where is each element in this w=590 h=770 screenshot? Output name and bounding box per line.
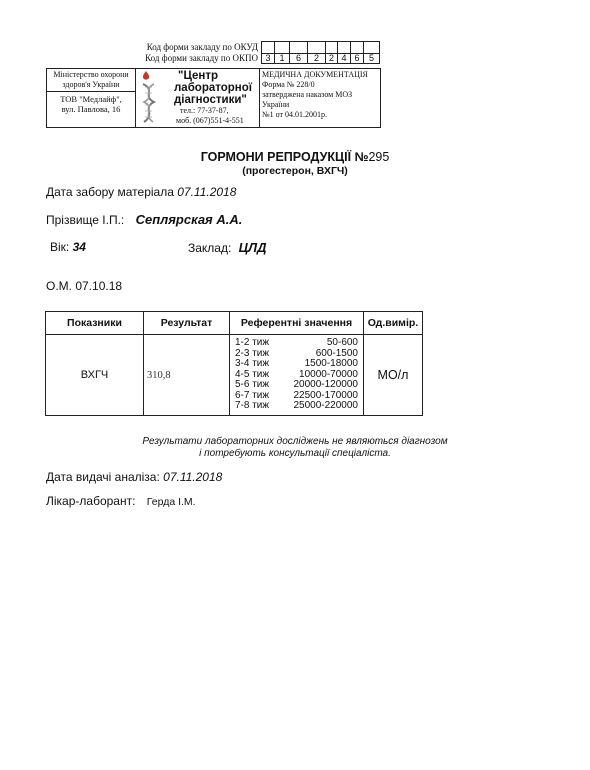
age-label: Вік: [50,240,69,254]
okpo-cell: 4 [338,53,351,64]
age-value: 34 [73,240,86,254]
reference-period: 7-8 тиж [235,401,269,412]
okud-cell [351,42,364,53]
doc-country: України [262,100,378,110]
company-name: ТОВ "Медлайф", [47,94,135,104]
doc-form: Форма № 228/0 [262,80,378,90]
table-header-row: Показники Результат Референтні значення … [46,312,423,335]
document-header: Міністерство охорони здоров'я України ТО… [46,68,381,128]
lmp-field: О.М. 07.10.18 [46,279,122,293]
ministry-name: Міністерство охорони здоров'я України [47,69,135,92]
lab-cell: "Центр лабораторної діагностики" тел.: 7… [136,69,260,127]
dna-logo-icon [138,70,160,126]
col-indicator: Показники [46,312,144,335]
indicator-cell: ВХГЧ [46,335,144,416]
doc-order: №1 от 04.01.2001р. [262,110,378,120]
doc-type: МЕДИЧНА ДОКУМЕНТАЦІЯ [262,70,378,80]
title-text: ГОРМОНИ РЕПРОДУКЦІЇ № [201,150,369,164]
lab-name-line: діагностики" [174,94,252,106]
okpo-cell: 6 [290,53,308,64]
lab-mobile: моб. (067)551-4-551 [176,116,244,126]
lab-contacts: тел.: 77-37-87, моб. (067)551-4-551 [176,106,244,126]
code-grid: 3 1 6 2 2 4 6 5 [261,41,380,64]
okpo-cell: 6 [351,53,364,64]
lab-name-line: "Центр [174,70,252,82]
okud-cell [308,42,326,53]
col-result: Результат [144,312,230,335]
reference-list: 1-2 тиж50-6002-3 тиж600-15003-4 тиж1500-… [231,336,362,414]
doctor-field: Лікар-лаборант: Герда І.М. [46,494,196,508]
table-row: ВХГЧ 310,8 1-2 тиж50-6002-3 тиж600-15003… [46,335,423,416]
patient-name-value: Сеплярская А.А. [136,212,243,227]
facility-value: ЦЛД [239,240,267,255]
okpo-cell: 3 [262,53,275,64]
facility-label: Заклад: [188,241,231,255]
issue-date-field: Дата видачі аналіза: 07.11.2018 [46,470,222,484]
results-table: Показники Результат Референтні значення … [45,311,423,416]
result-cell: 310,8 [144,335,230,416]
unit-cell: МО/л [364,335,423,416]
okpo-cell: 1 [275,53,290,64]
okpo-cell: 2 [308,53,326,64]
okpo-cell: 5 [364,53,379,64]
report-number: 295 [368,150,389,164]
ministry-cell: Міністерство охорони здоров'я України ТО… [47,69,136,127]
lab-name-line: лабораторної [174,82,252,94]
page-subtitle: (прогестерон, ВХГЧ) [0,165,590,177]
age-field: Вік: 34 [50,240,86,254]
okud-cell [364,42,379,53]
okpo-label: Код форми закладу по ОКПО [58,53,258,63]
issue-date-label: Дата видачі аналіза: [46,470,160,484]
disclaimer-line-2: і потребують консультації спеціаліста. [0,448,590,460]
okpo-row: 3 1 6 2 2 4 6 5 [262,53,379,64]
okud-label: Код форми закладу по ОКУД [58,42,258,52]
doc-approval: затверджена наказом МОЗ [262,90,378,100]
okud-cell [326,42,338,53]
issue-date-value: 07.11.2018 [163,470,222,484]
lab-name: "Центр лабораторної діагностики" [174,70,252,106]
company-address: ТОВ "Медлайф", вул. Павлова, 16 [47,92,135,114]
page-title: ГОРМОНИ РЕПРОДУКЦІЇ №295 [0,150,590,164]
patient-name-label: Прізвище І.П.: [46,213,124,227]
reference-range: 25000-220000 [293,401,358,412]
okud-cell [338,42,351,53]
reference-cell: 1-2 тиж50-6002-3 тиж600-15003-4 тиж1500-… [230,335,364,416]
okpo-cell: 2 [326,53,338,64]
disclaimer-line-1: Результати лабораторних досліджень не яв… [0,436,590,448]
okud-cell [290,42,308,53]
col-unit: Од.вимір. [364,312,423,335]
medical-doc-cell: МЕДИЧНА ДОКУМЕНТАЦІЯ Форма № 228/0 затве… [260,69,380,127]
doctor-value: Герда І.М. [147,496,196,508]
facility-field: Заклад: ЦЛД [188,240,266,255]
col-reference: Референтні значення [230,312,364,335]
patient-name-field: Прізвище І.П.: Сеплярская А.А. [46,212,242,227]
okud-cell [262,42,275,53]
okud-cell [275,42,290,53]
collection-date-value: 07.11.2018 [177,185,236,199]
reference-row: 7-8 тиж25000-220000 [235,401,358,412]
company-street: вул. Павлова, 16 [47,104,135,114]
lab-phone: тел.: 77-37-87, [176,106,244,116]
doctor-label: Лікар-лаборант: [46,494,135,508]
collection-date-label: Дата забору матеріала [46,185,174,199]
collection-date-field: Дата забору матеріала 07.11.2018 [46,185,236,199]
